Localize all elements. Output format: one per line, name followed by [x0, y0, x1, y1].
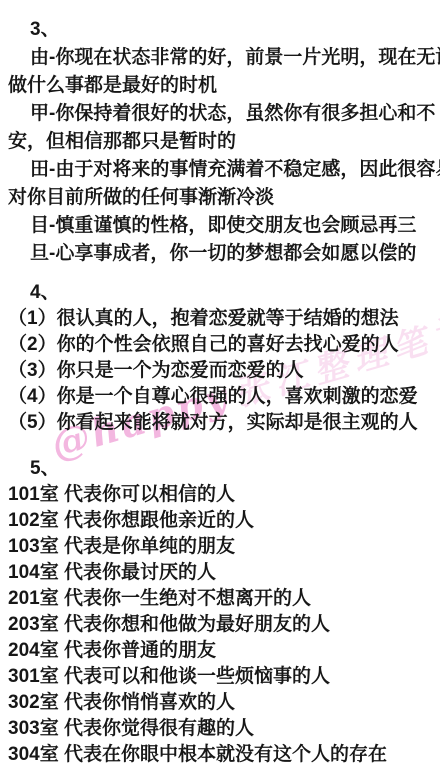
section-heading: 3、: [8, 16, 438, 44]
section-heading: 4、: [8, 280, 438, 306]
text-line: 303室 代表你觉得很有趣的人: [8, 716, 438, 742]
document-content: 3、由-你现在状态非常的好，前景一片光明，现在无论做什么事都是最好的时机甲-你保…: [8, 16, 438, 768]
text-line: 旦-心享事成者，你一切的梦想都会如愿以偿的: [8, 240, 438, 268]
text-line: （1）很认真的人，抱着恋爱就等于结婚的想法: [8, 306, 438, 332]
text-line: 做什么事都是最好的时机: [8, 72, 438, 100]
text-line: 安，但相信那都只是暂时的: [8, 128, 438, 156]
text-line: 301室 代表可以和他谈一些烦恼事的人: [8, 664, 438, 690]
text-line: 103室 代表是你单纯的朋友: [8, 534, 438, 560]
text-line: 101室 代表你可以相信的人: [8, 482, 438, 508]
text-line: 104室 代表你最讨厌的人: [8, 560, 438, 586]
text-line: 302室 代表你悄悄喜欢的人: [8, 690, 438, 716]
text-line: （3）你只是一个为恋爱而恋爱的人: [8, 358, 438, 384]
text-line: 田-由于对将来的事情充满着不稳定感，因此很容易: [8, 156, 438, 184]
document-page: @happy 张江整理笔记 3、由-你现在状态非常的好，前景一片光明，现在无论做…: [0, 0, 440, 775]
text-line: 甲-你保持着很好的状态，虽然你有很多担心和不: [8, 100, 438, 128]
text-line: （2）你的个性会依照自己的喜好去找心爱的人: [8, 332, 438, 358]
text-line: 102室 代表你想跟他亲近的人: [8, 508, 438, 534]
text-line: 203室 代表你想和他做为最好朋友的人: [8, 612, 438, 638]
text-line: 304室 代表在你眼中根本就没有这个人的存在: [8, 742, 438, 768]
text-line: 204室 代表你普通的朋友: [8, 638, 438, 664]
text-line: 对你目前所做的任何事渐渐冷淡: [8, 184, 438, 212]
text-line: 由-你现在状态非常的好，前景一片光明，现在无论: [8, 44, 438, 72]
text-line: （4）你是一个自尊心很强的人，喜欢刺激的恋爱: [8, 384, 438, 410]
section-sec5: 5、101室 代表你可以相信的人102室 代表你想跟他亲近的人103室 代表是你…: [8, 456, 438, 768]
section-sec4: 4、（1）很认真的人，抱着恋爱就等于结婚的想法（2）你的个性会依照自己的喜好去找…: [8, 280, 438, 436]
text-line: 201室 代表你一生绝对不想离开的人: [8, 586, 438, 612]
text-line: 目-慎重谨慎的性格，即使交朋友也会顾忌再三: [8, 212, 438, 240]
section-sec3: 3、由-你现在状态非常的好，前景一片光明，现在无论做什么事都是最好的时机甲-你保…: [8, 16, 438, 268]
section-heading: 5、: [8, 456, 438, 482]
text-line: （5）你看起来能将就对方，实际却是很主观的人: [8, 410, 438, 436]
